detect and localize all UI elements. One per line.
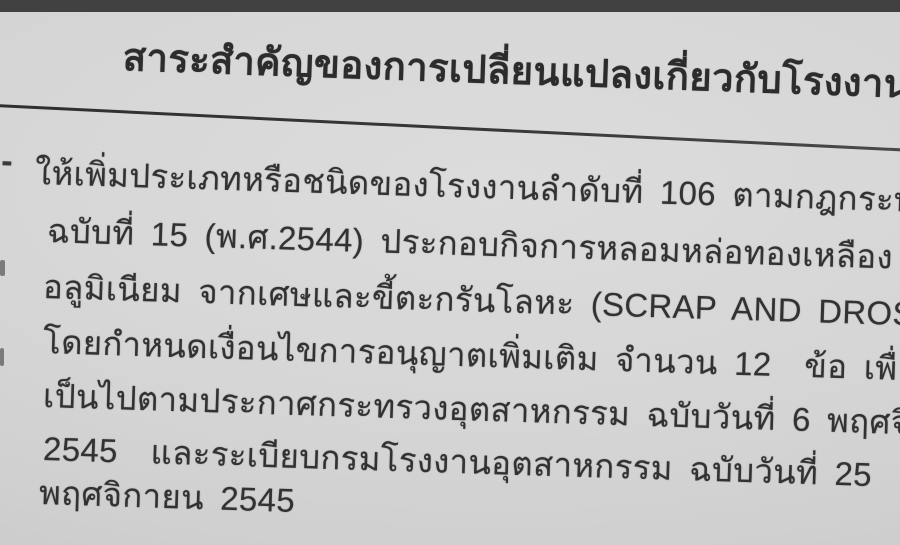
bullet-dash: - <box>1 142 14 181</box>
frame-top-bar <box>0 0 900 12</box>
scan-artifact <box>0 260 5 276</box>
page-title: สาระสำคัญของการเปลี่ยนแปลงเกี่ยวกับโรงงา… <box>122 26 900 114</box>
scanned-document-photo: สาระสำคัญของการเปลี่ยนแปลงเกี่ยวกับโรงงา… <box>0 0 900 545</box>
body-line: พฤศจิกายน 2545 <box>38 466 295 527</box>
scan-artifact <box>0 348 4 366</box>
title-divider-line <box>0 104 900 152</box>
document-page: สาระสำคัญของการเปลี่ยนแปลงเกี่ยวกับโรงงา… <box>0 12 900 545</box>
